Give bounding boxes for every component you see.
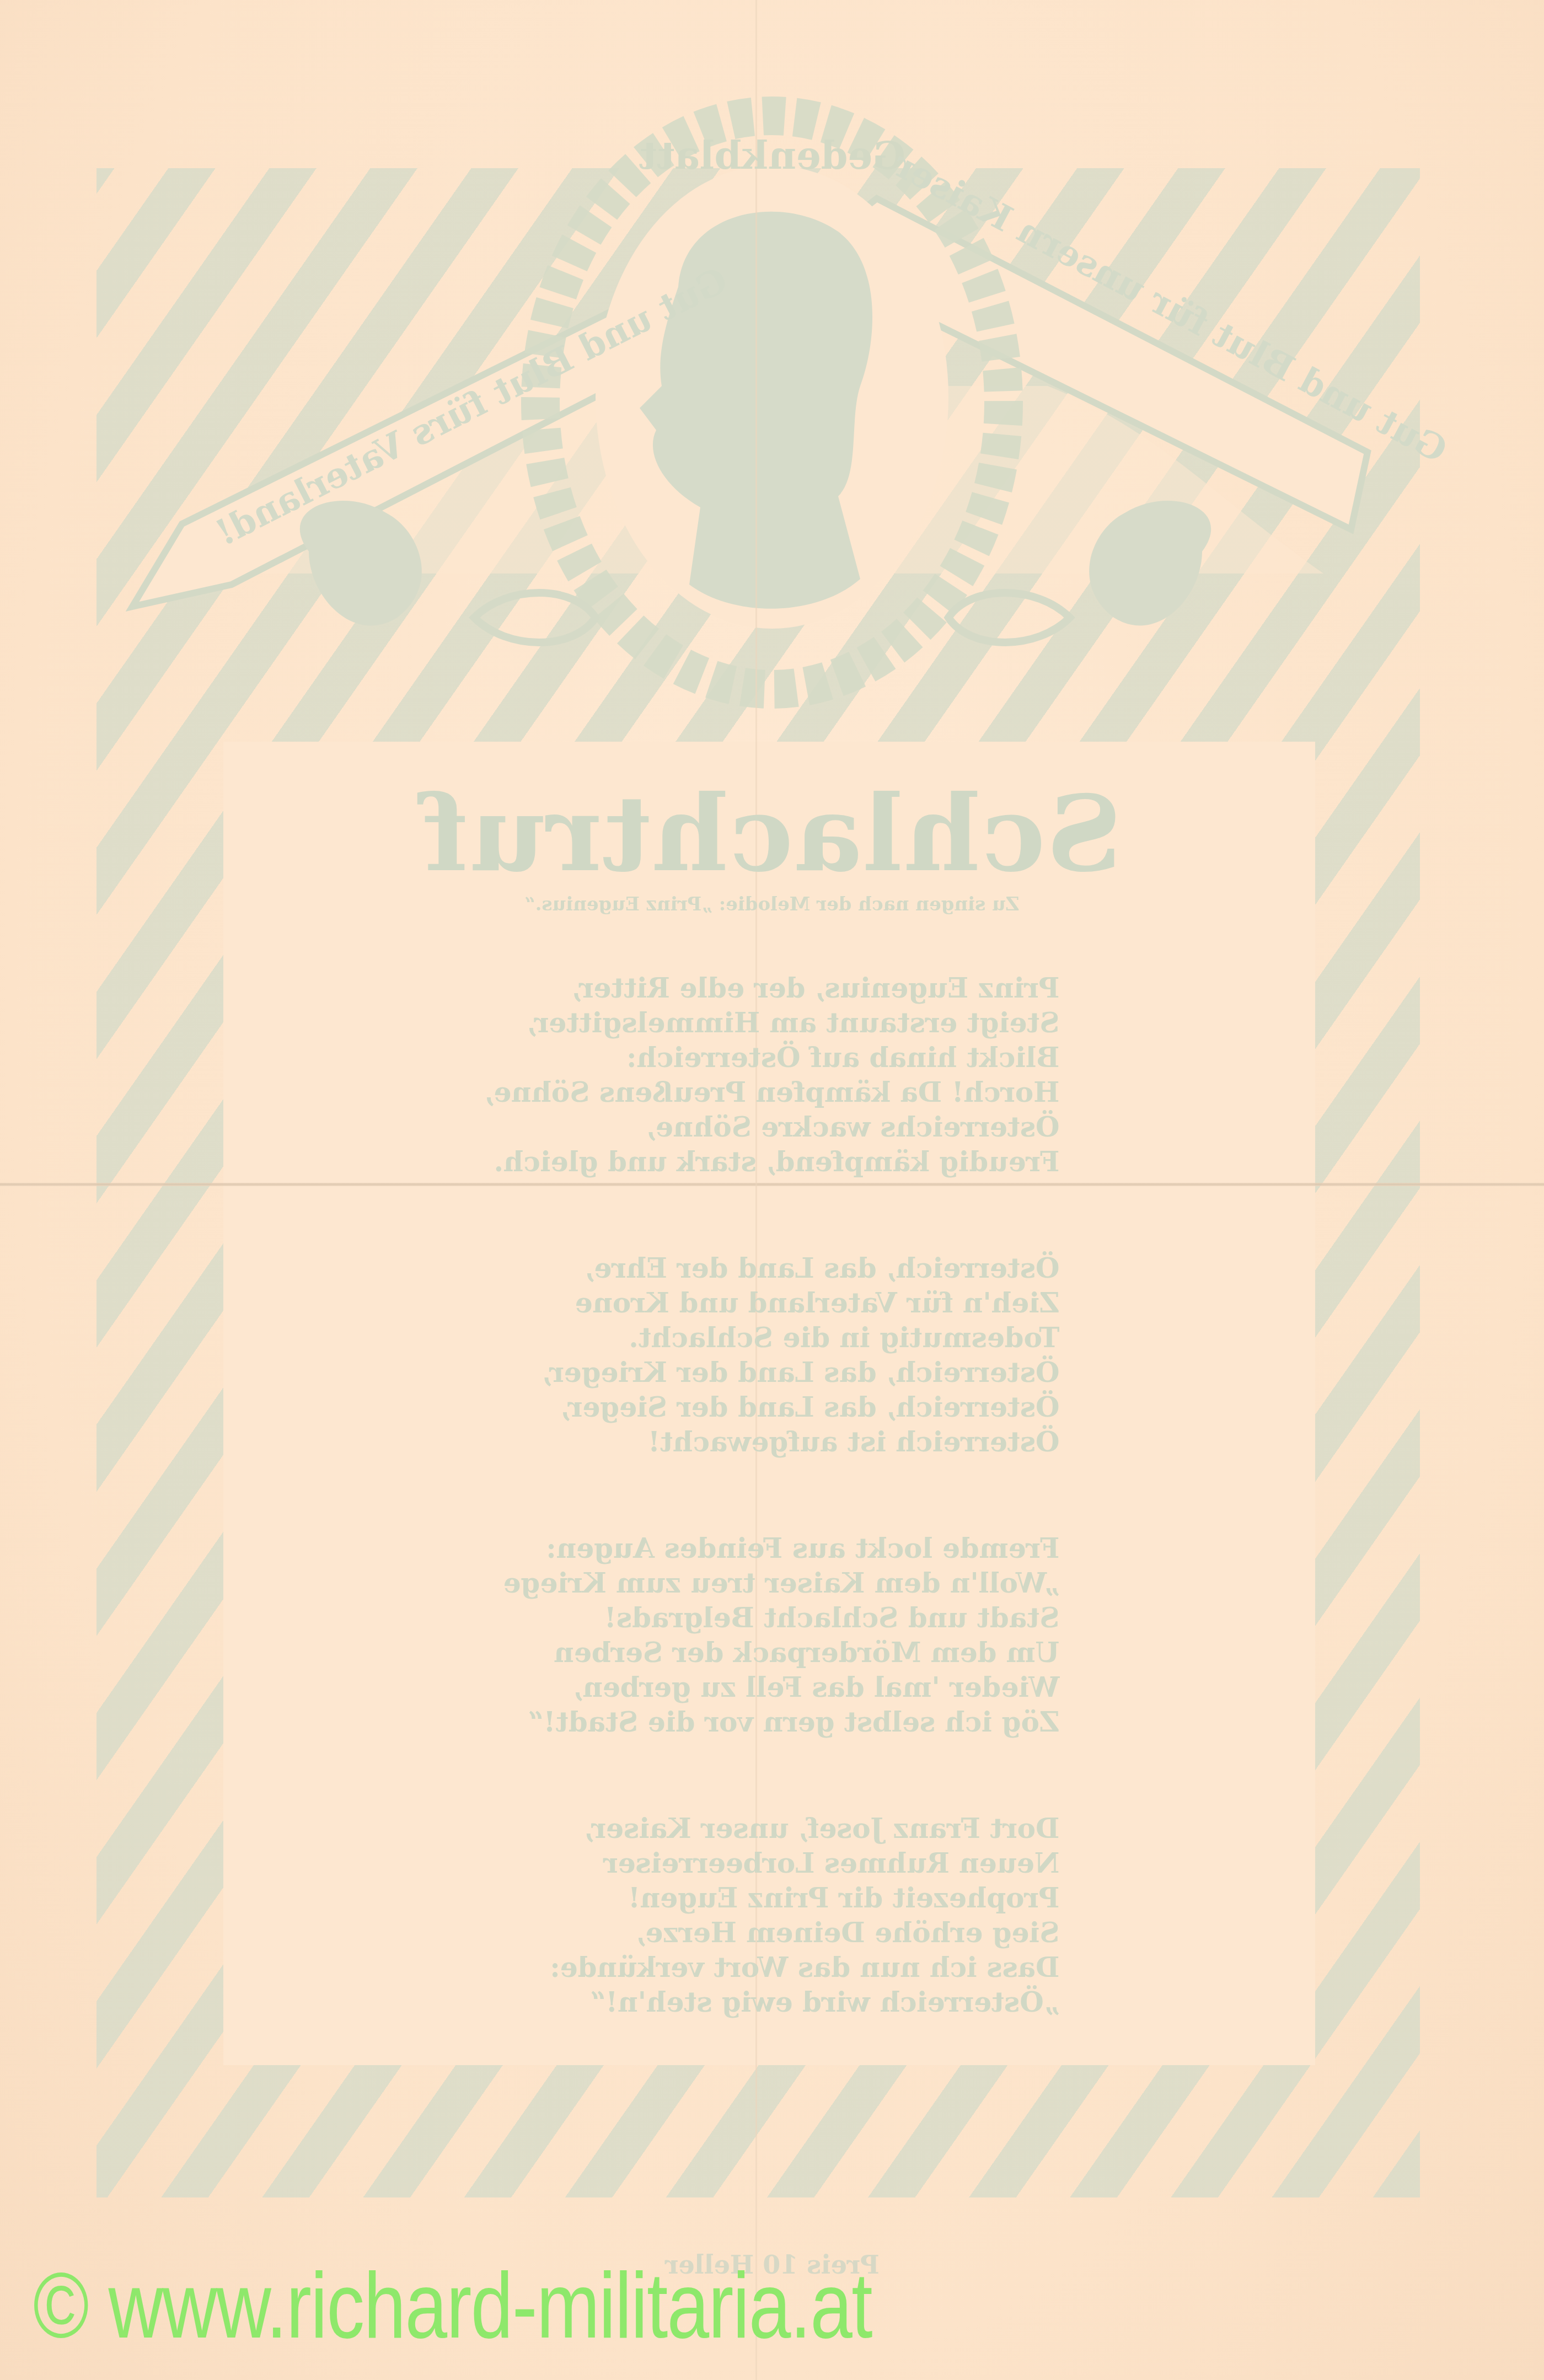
verse-4: Dort Franz Josef, unser Kaiser,Neuen Ruh… bbox=[484, 1811, 1059, 2019]
verse-line: Horch! Da kämpfen Preußens Söhne, bbox=[484, 1075, 1059, 1109]
verse-line: „Österreich wird ewig steh'n!“ bbox=[484, 1985, 1059, 2019]
title-text: Schlachtruf bbox=[422, 772, 1122, 895]
verse-2: Österreich, das Land der Ehre,Zieh'n für… bbox=[484, 1251, 1059, 1459]
verse-line: Sieg erhöhe Deinem Herze, bbox=[484, 1915, 1059, 1950]
verse-line: Dort Franz Josef, unser Kaiser, bbox=[484, 1811, 1059, 1846]
watermark: © www.richard-militaria.at bbox=[33, 2253, 872, 2359]
header-text: Gedenkblatt bbox=[639, 132, 905, 178]
verse-line: Um dem Mörderpack der Serben bbox=[484, 1635, 1059, 1670]
verse-line: Blickt hinab auf Österreich: bbox=[484, 1040, 1059, 1075]
verse-3: Fremde lockt aus Feindes Augen:„Woll'n d… bbox=[484, 1531, 1059, 1739]
verse-line: Neuen Ruhmes Lorbeerreiser bbox=[484, 1846, 1059, 1880]
verse-line: Österreich ist aufgewacht! bbox=[484, 1424, 1059, 1459]
verse-line: Österreich, das Land der Ehre, bbox=[484, 1251, 1059, 1285]
subtitle-text: Zu singen nach der Melodie: „Prinz Eugen… bbox=[524, 893, 1020, 915]
verse-line: Freudig kämpfend, stark und gleich. bbox=[484, 1144, 1059, 1179]
header-gedenkblatt: Gedenkblatt bbox=[0, 132, 1544, 178]
song-subtitle: Zu singen nach der Melodie: „Prinz Eugen… bbox=[0, 893, 1544, 915]
verse-line: Österreich, das Land der Sieger, bbox=[484, 1390, 1059, 1424]
verse-line: „Woll'n dem Kaiser treu zum Kriege bbox=[484, 1566, 1059, 1600]
verse-1: Prinz Eugenius, der edle Ritter,Steigt e… bbox=[484, 971, 1059, 1179]
verses: Prinz Eugenius, der edle Ritter,Steigt e… bbox=[0, 971, 1544, 2091]
verse-line: Zieh'n für Vaterland und Krone bbox=[484, 1285, 1059, 1320]
verse-line: Dass ich nun das Wort verkünde: bbox=[484, 1950, 1059, 1985]
verses-container: Prinz Eugenius, der edle Ritter,Steigt e… bbox=[484, 971, 1059, 2091]
verse-line: Österreich, das Land der Krieger, bbox=[484, 1355, 1059, 1390]
verse-line: Stadt und Schlacht Belgrads! bbox=[484, 1600, 1059, 1635]
verse-line: Zög ich selbst gern vor die Stadt!“ bbox=[484, 1704, 1059, 1739]
verse-line: Österreichs wackre Söhne, bbox=[484, 1109, 1059, 1144]
verse-line: Steigt erstaunt am Himmelsgitter, bbox=[484, 1005, 1059, 1040]
verse-line: Todesmutig in die Schlacht. bbox=[484, 1320, 1059, 1355]
verse-line: Fremde lockt aus Feindes Augen: bbox=[484, 1531, 1059, 1566]
verse-line: Prinz Eugenius, der edle Ritter, bbox=[484, 971, 1059, 1005]
verse-line: Wieder 'mal das Fell zu gerben, bbox=[484, 1670, 1059, 1704]
song-title: Schlachtruf bbox=[0, 772, 1544, 895]
verse-line: Prophezeit dir Prinz Eugen! bbox=[484, 1880, 1059, 1915]
